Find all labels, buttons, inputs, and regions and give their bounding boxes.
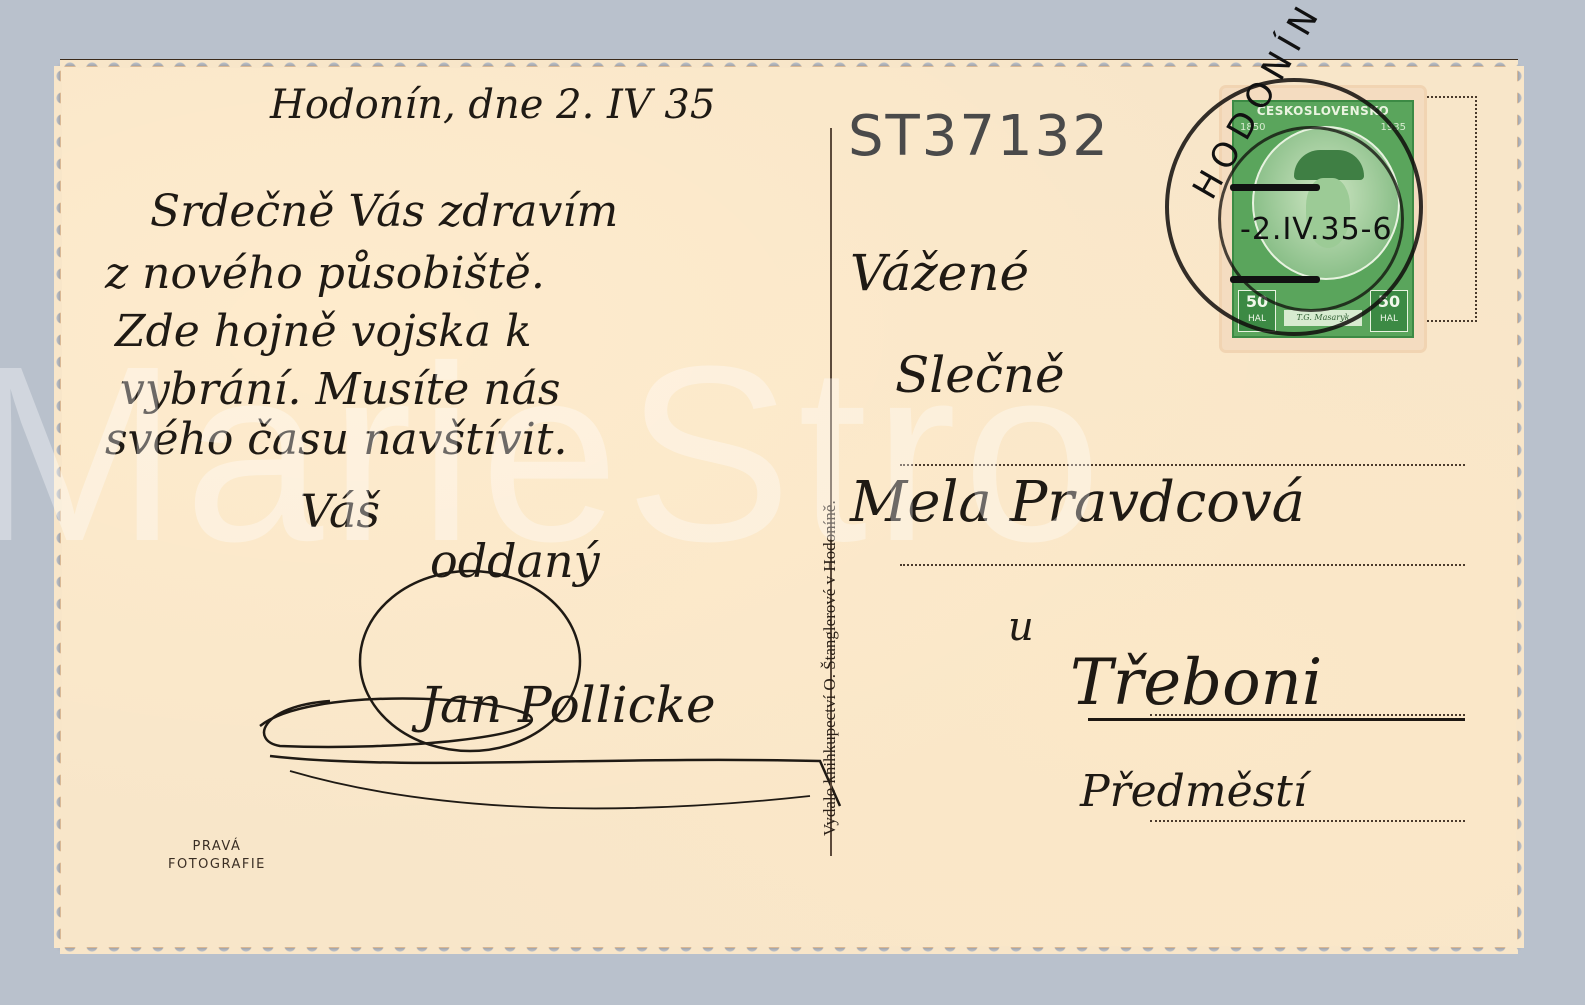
address-city: Třeboni: [1070, 646, 1322, 720]
address-district: Předměstí: [1080, 766, 1307, 817]
deckled-edge-right: [1516, 66, 1524, 948]
postcard-back: Hodonín, dne 2. IV 35 Srdečně Vás zdraví…: [60, 66, 1518, 948]
postmark-bar-top: [1230, 184, 1320, 191]
signature: Jan Pollicke: [420, 676, 716, 734]
stamp-value-right: 50 HAL: [1370, 290, 1408, 332]
message-line-1: Srdečně Vás zdravím: [150, 186, 618, 237]
address-line-4: [1150, 820, 1465, 822]
deckled-edge-bottom: [60, 946, 1518, 954]
publisher-imprint: Vydalo knihkupectví O. Štanglerové v Hod…: [820, 500, 840, 836]
message-line-5: svého času navštívit.: [105, 414, 567, 465]
address-line-3: [1150, 714, 1465, 716]
address-title: Slečně: [895, 346, 1065, 404]
stamp-caption: T.G. Masaryk: [1284, 310, 1362, 326]
address-line-2: [900, 564, 1465, 566]
prava-fotografie-imprint: PRAVÁ FOTOGRAFIE: [168, 838, 266, 874]
city-underline: [1088, 718, 1465, 721]
postmark-bar-bottom: [1230, 276, 1320, 283]
address-name: Mela Pravdcová: [850, 470, 1305, 535]
message-line-4: vybrání. Musíte nás: [120, 364, 560, 415]
inventory-code: ST37132: [848, 104, 1110, 169]
portrait-cap-icon: [1294, 150, 1364, 180]
closing-yours: Váš: [300, 484, 380, 538]
stamp-value-left: 50 HAL: [1238, 290, 1276, 332]
message-line-2: z nového působiště.: [105, 248, 545, 299]
place-date: Hodonín, dne 2. IV 35: [270, 82, 715, 128]
address-salutation: Vážené: [850, 244, 1029, 302]
postmark-date: -2.IV.35-6: [1240, 212, 1393, 247]
deckled-edge-left: [54, 66, 62, 948]
address-preposition: u: [1008, 604, 1034, 650]
message-line-3: Zde hojně vojska k: [115, 306, 532, 357]
address-line-1: [900, 464, 1465, 466]
portrait-oval: [1252, 126, 1400, 280]
